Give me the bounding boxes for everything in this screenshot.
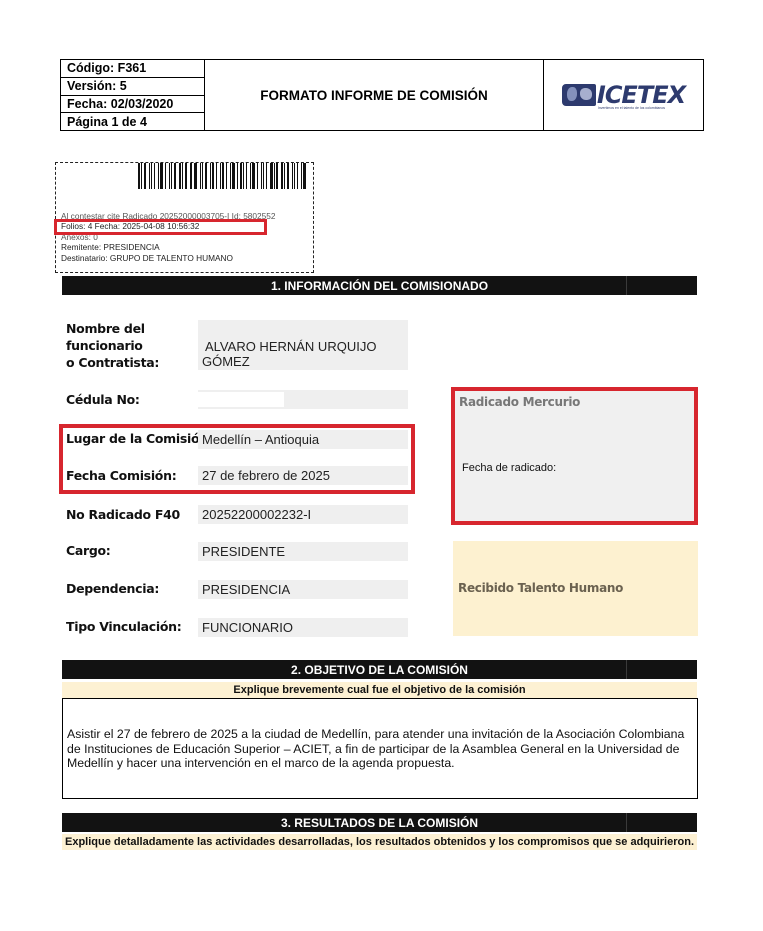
section-1-header: 1. INFORMACIÓN DEL COMISIONADO xyxy=(62,276,697,295)
section-2-header: 2. OBJETIVO DE LA COMISIÓN xyxy=(62,660,697,679)
nombre-value-line: ALVARO HERNÁN URQUIJO xyxy=(202,339,376,354)
page-number: Página 1 de 4 xyxy=(61,113,204,130)
radicado-f40-field[interactable]: 20252200002232-I xyxy=(198,505,408,524)
vinculacion-label: Tipo Vinculación: xyxy=(66,618,181,635)
folios-highlight xyxy=(54,219,267,235)
recibido-talento-humano-box: Recibido Talento Humano xyxy=(453,541,698,636)
section-3-header: 3. RESULTADOS DE LA COMISIÓN xyxy=(62,813,697,832)
form-metadata: Código: F361 Versión: 5 Fecha: 02/03/202… xyxy=(61,60,205,130)
logo-tagline: Invertimos en el talento de los colombia… xyxy=(598,106,665,110)
nombre-label: Nombre del funcionario o Contratista: xyxy=(66,320,159,371)
radicado-stamp: Al contestar cite Radicado 2025200000370… xyxy=(55,162,314,273)
nombre-field[interactable]: ALVARO HERNÁN URQUIJO GÓMEZ xyxy=(198,320,408,370)
dependencia-field[interactable]: PRESIDENCIA xyxy=(198,580,408,599)
document-title: FORMATO INFORME DE COMISIÓN xyxy=(205,60,544,130)
form-code: Código: F361 xyxy=(61,60,204,78)
barcode-icon xyxy=(138,163,308,189)
stamp-line-destinatario: Destinatario: GRUPO DE TALENTO HUMANO xyxy=(61,253,276,263)
recibido-title: Recibido Talento Humano xyxy=(458,581,623,595)
logo-wordmark: ICETEX xyxy=(597,84,685,106)
radicado-f40-label: No Radicado F40 xyxy=(66,506,180,523)
icetex-logo: ICETEX Invertimos en el talento de los c… xyxy=(562,84,685,106)
stamp-line-remitente: Remitente: PRESIDENCIA xyxy=(61,242,276,252)
section-2-subtitle: Explique brevemente cual fue el objetivo… xyxy=(62,682,697,698)
lugar-fecha-highlight xyxy=(59,424,415,494)
objetivo-textarea[interactable]: Asistir el 27 de febrero de 2025 a la ci… xyxy=(62,698,698,799)
nombre-value-line: GÓMEZ xyxy=(202,354,376,369)
form-version: Versión: 5 xyxy=(61,78,204,96)
globe-icon xyxy=(562,84,596,106)
radicado-mercurio-title: Radicado Mercurio xyxy=(459,395,580,409)
cargo-label: Cargo: xyxy=(66,542,111,559)
logo-cell: ICETEX Invertimos en el talento de los c… xyxy=(544,60,703,130)
nombre-label-line: funcionario xyxy=(66,337,159,354)
nombre-value: ALVARO HERNÁN URQUIJO GÓMEZ xyxy=(202,339,376,369)
cargo-field[interactable]: PRESIDENTE xyxy=(198,542,408,561)
form-header-table: Código: F361 Versión: 5 Fecha: 02/03/202… xyxy=(60,59,704,131)
cedula-redaction xyxy=(198,392,284,407)
nombre-label-line: Nombre del xyxy=(66,320,159,337)
cedula-label: Cédula No: xyxy=(66,391,140,408)
radicado-mercurio-box: Radicado Mercurio Fecha de radicado: xyxy=(451,387,698,525)
fecha-radicado-label: Fecha de radicado: xyxy=(462,462,556,474)
vinculacion-field[interactable]: FUNCIONARIO xyxy=(198,618,408,637)
nombre-label-line: o Contratista: xyxy=(66,354,159,371)
form-date: Fecha: 02/03/2020 xyxy=(61,96,204,114)
section-3-subtitle: Explique detalladamente las actividades … xyxy=(62,834,697,850)
dependencia-label: Dependencia: xyxy=(66,580,159,597)
